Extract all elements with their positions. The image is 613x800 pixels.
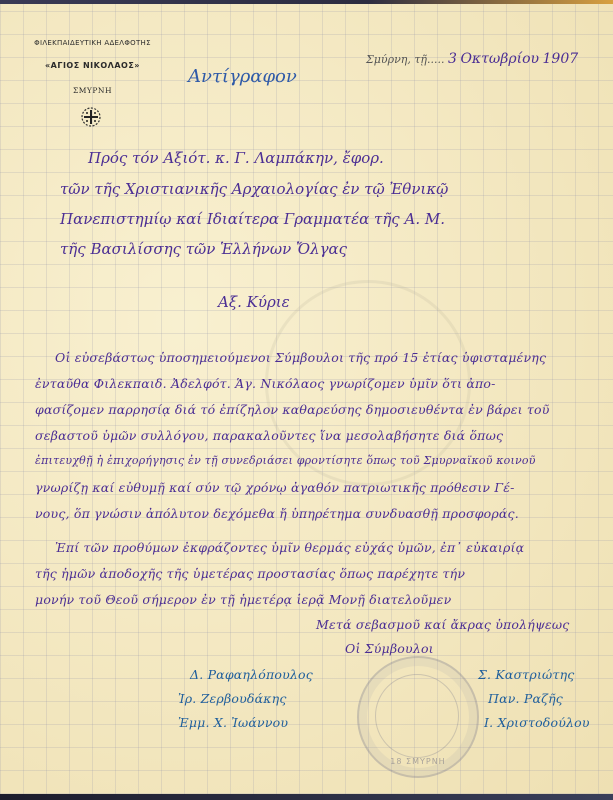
body-line: τῆς ἡμῶν ἀποδοχῆς τῆς ὑμετέρας προστασία… — [35, 566, 465, 581]
body-line: ἐνταῦθα Φιλεκπαιδ. Ἀδελφότ. Ἁγ. Νικόλαος… — [35, 376, 496, 391]
signature-left: Δ. Ραφαηλόπουλος — [190, 667, 313, 682]
body-line: Οἱ εὐσεβάστως ὑποσημειούμενοι Σύμβουλοι … — [55, 350, 546, 365]
letterhead-organization: ΦΙΛΕΚΠΑΙΔΕΥΤΙΚΗ ΑΔΕΛΦΟΤΗΣ — [20, 39, 165, 47]
signature-right: Σ. Καστριώτης — [478, 667, 574, 682]
date-prefix: Σμύρνη, τῇ..... — [366, 53, 445, 66]
address-line: τῶν τῆς Χριστιανικῆς Αρχαιολογίας ἐν τῷ … — [60, 180, 448, 198]
seal-text: 18 ΣΜΥΡΝΗ — [359, 757, 477, 766]
body-line: Μετά σεβασμοῦ καί ἄκρας ὑπολήψεως — [316, 617, 569, 632]
body-line: νους, ὅπ γνώσιν ἀπόλυτον δεχόμεθα ἤ ὑπηρ… — [35, 506, 519, 521]
seal-inner-ring — [375, 674, 459, 758]
letterhead-city: ΣΜΥΡΝΗ — [20, 86, 165, 95]
signature-right: Παν. Ραζῆς — [488, 691, 563, 706]
address-line: Πανεπιστημίῳ καί Ιδιαίτερα Γραμματέα τῆς… — [60, 210, 445, 228]
date-line: Σμύρνη, τῇ..... 3 Οκτωβρίου 1907 — [366, 51, 578, 67]
date-day: 3 — [448, 51, 457, 67]
salutation: Αξ. Κύριε — [218, 293, 290, 311]
address-line: Πρός τόν Αξιότ. κ. Γ. Λαμπάκην, ἔφορ. — [88, 149, 384, 167]
body-line: σεβαστοῦ ὑμῶν συλλόγου, παρακαλοῦντες ἵν… — [35, 428, 503, 443]
copy-label: Αντίγραφον — [188, 66, 297, 87]
signature-left: Ἐμμ. Χ. Ἰωάννου — [178, 715, 288, 730]
date-year: 1907 — [543, 51, 579, 67]
body-line: γνωρίζῃ καί εὐθυμῇ καί σύν τῷ χρόνῳ ἀγαθ… — [35, 480, 515, 495]
address-line: τῆς Βασιλίσσης τῶν Ἑλλήνων Ὄλγας — [60, 240, 347, 258]
body-line: μονήν τοῦ Θεοῦ σήμερον ἐν τῇ ἡμετέρᾳ ἱερ… — [35, 592, 451, 607]
closing: Οἱ Σύμβουλοι — [345, 641, 434, 656]
signature-right: Ι. Χριστοδούλου — [484, 715, 590, 730]
cross-emblem-icon — [79, 105, 103, 129]
bottom-edge — [0, 794, 613, 800]
body-line: Ἐπί τῶν προθύμων ἐκφράζοντες ὑμῖν θερμάς… — [55, 540, 524, 555]
body-line: ἐπιτευχθῇ ἡ ἐπιχορήγησις ἐν τῇ συνεδριάσ… — [35, 454, 536, 467]
date-month: Οκτωβρίου — [460, 51, 539, 67]
letterhead-name: «ΑΓΙΟΣ ΝΙΚΟΛΑΟΣ» — [20, 61, 165, 70]
body-line: φασίζομεν παρρησίᾳ διά τό ἐπίζηλον καθαρ… — [35, 402, 550, 417]
signature-left: Ἰρ. Ζερβουδάκης — [178, 691, 287, 706]
official-seal-icon: 18 ΣΜΥΡΝΗ — [357, 656, 479, 778]
